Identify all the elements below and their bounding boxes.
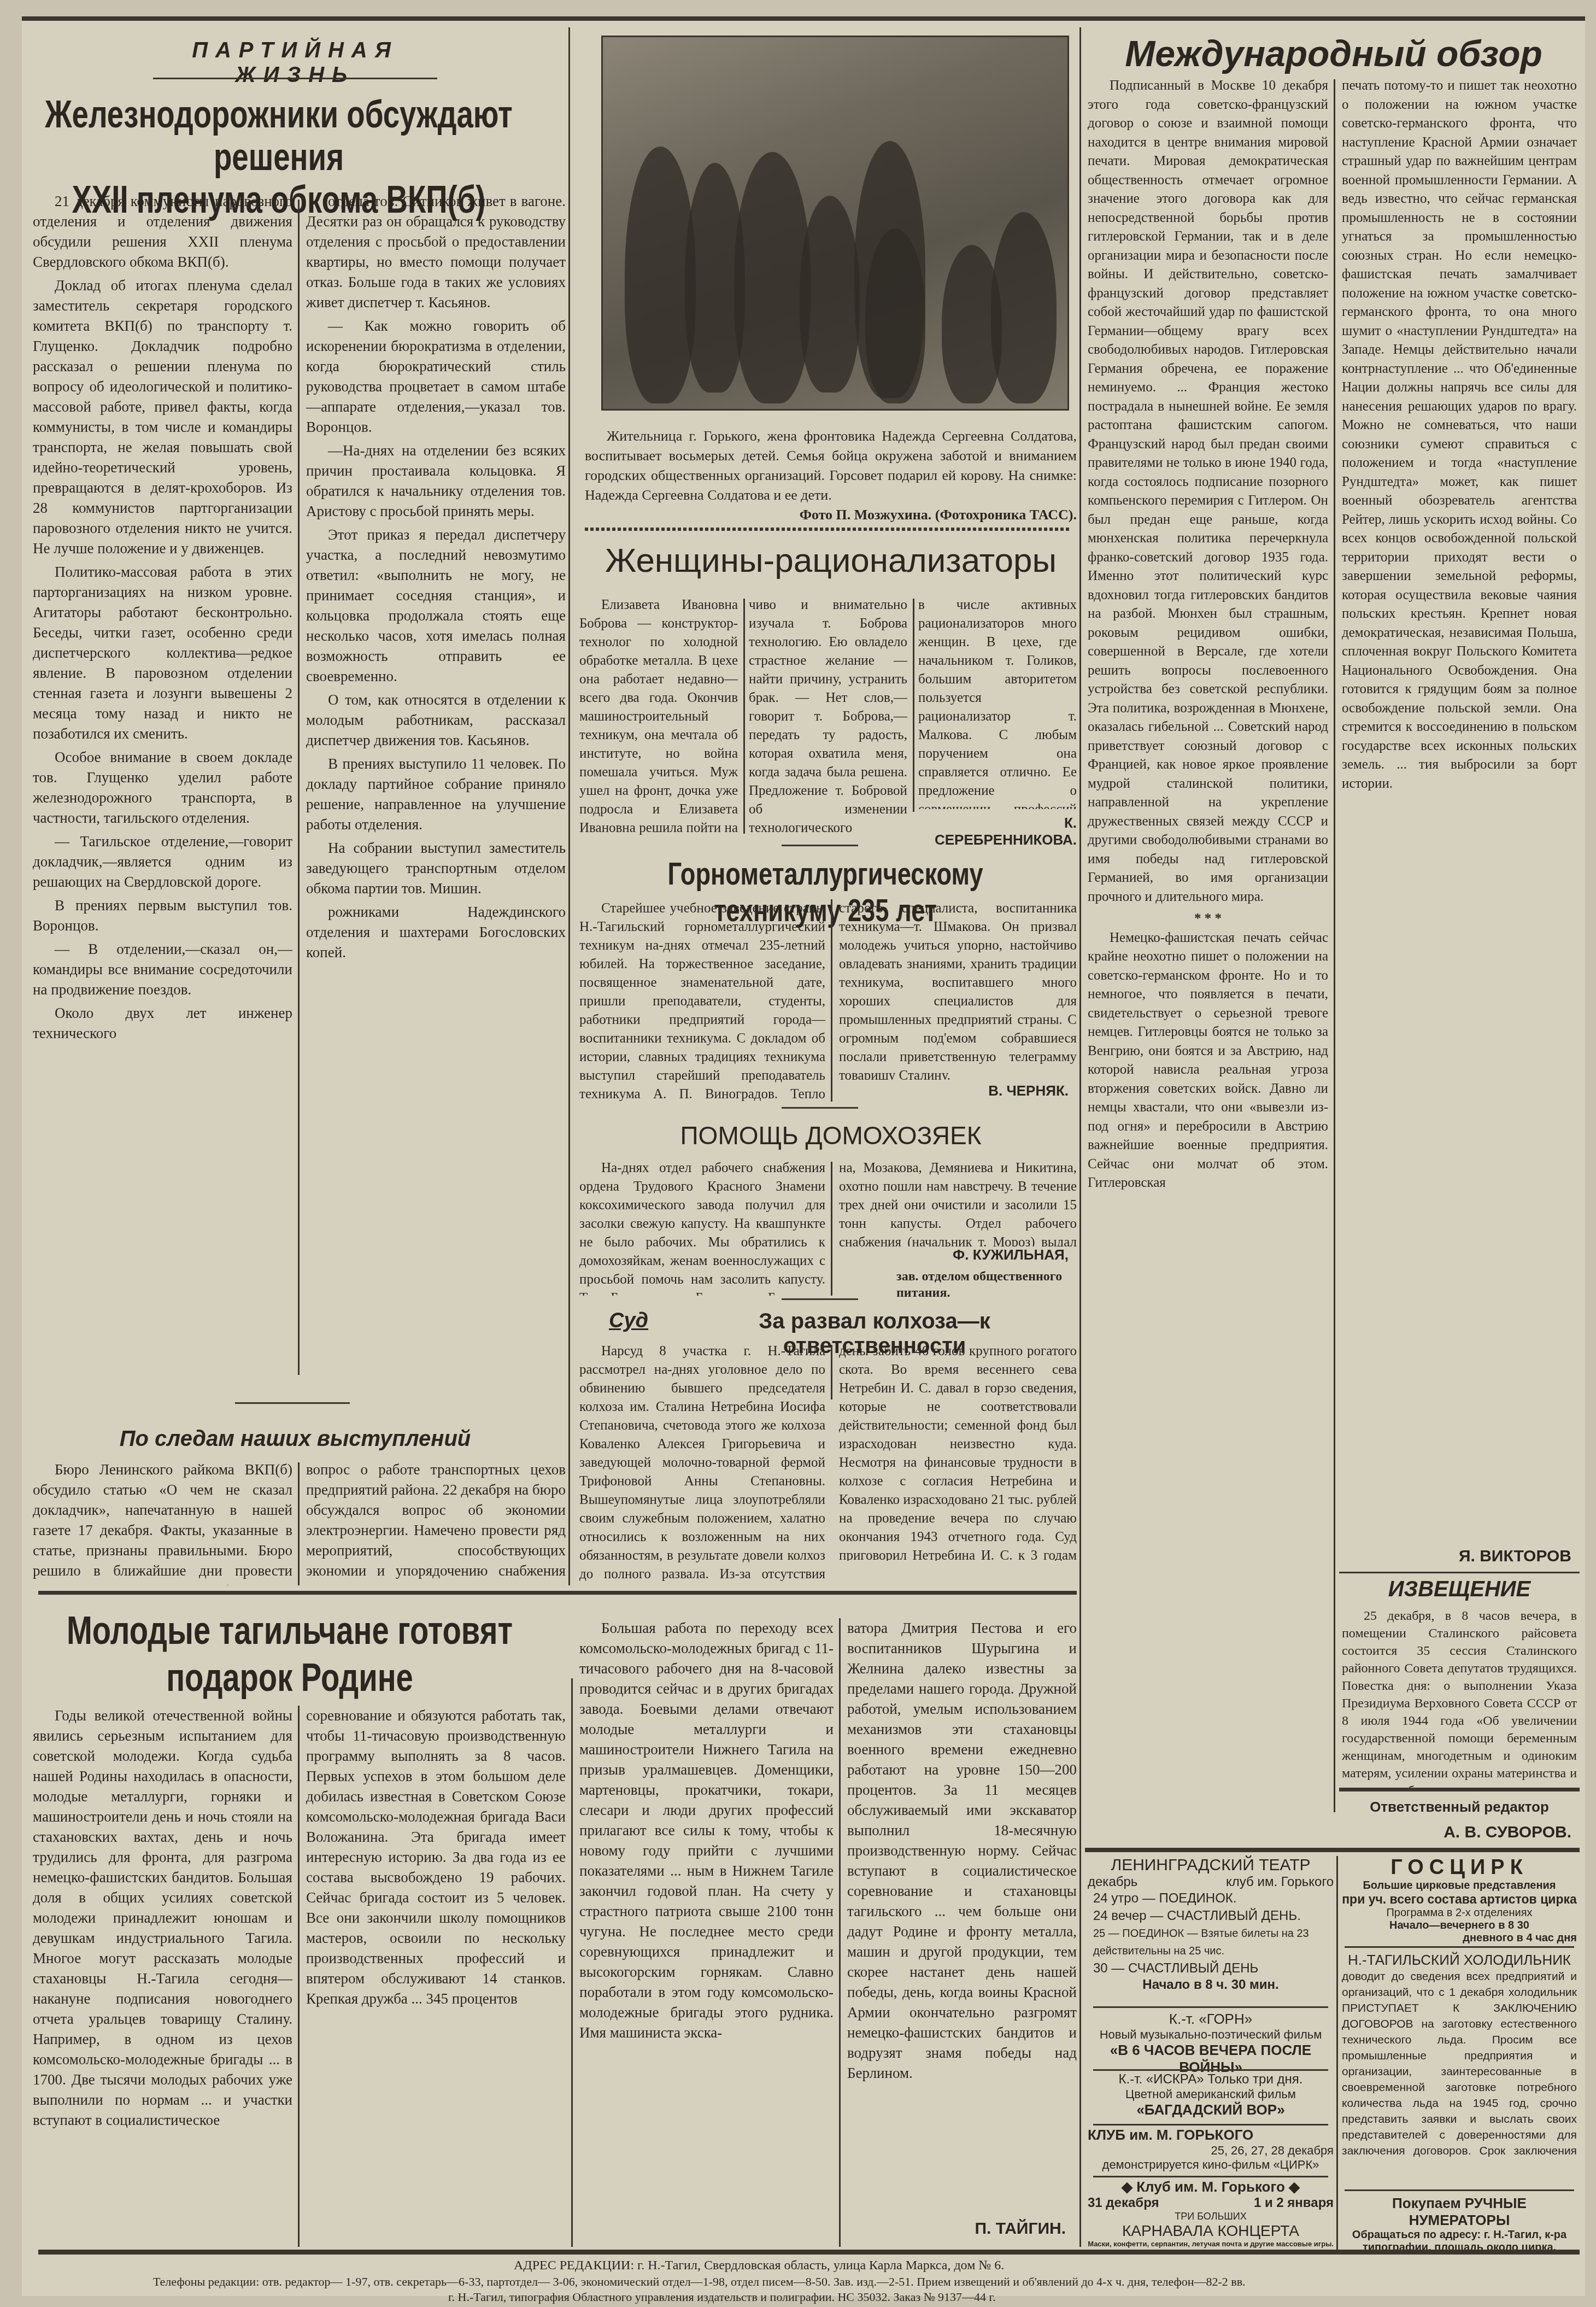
ads-divider [1085,1848,1580,1852]
newspaper-page: ПАРТИЙНАЯ ЖИЗНЬ Железнодорожники обсужда… [22,16,1585,2296]
rubric-underline [153,78,437,79]
column-divider [1079,27,1081,2247]
column-divider [743,599,745,834]
diamond-icon: ◆ [1122,2179,1136,2195]
court-column-1: Нарсуд 8 участка г. Н.-Тагила рассмотрел… [579,1342,825,1583]
intl-column-1: Подписанный в Москве 10 декабря этого го… [1088,77,1328,1662]
photo-caption: Жительница г. Горького, жена фронтовика … [585,426,1077,525]
column-divider [298,1706,300,2247]
editor-name: А. В. СУВОРОВ. [1342,1823,1571,1842]
followup-column-1: Бюро Ленинского райкома ВКП(б) обсудило … [33,1460,292,1585]
short-divider [782,1107,858,1109]
youth-headline: Молодые тагильчане готовят подарок Родин… [55,1607,524,1701]
women-column-1: Елизавета Ивановна Боброва — конструктор… [579,596,738,836]
section-divider [1339,1572,1580,1573]
women-column-3: в числе активных рационализаторов много … [918,596,1077,809]
column-divider [831,1162,832,1296]
notice-text: 25 декабря, в 8 часов вечера, в помещени… [1342,1607,1577,1788]
column-divider [568,27,570,1585]
family-photo [601,36,1069,411]
top-border [22,16,1585,21]
column-divider [298,200,300,1375]
ad-divider [1093,2176,1328,2177]
ad-gorn-cinema: К.-т. «ГОРН» Новый музыкально-поэтически… [1088,2011,1334,2076]
intl-headline: Международный обзор [1093,33,1574,74]
youth-column-4: ватора Дмитрия Пестова и его воспитанник… [847,1618,1077,2209]
notice-headline: ИЗВЕЩЕНИЕ [1342,1577,1577,1602]
technikum-column-1: Старейшее учебное заведение страны Н.-Та… [579,899,825,1102]
intl-column-2: печать потому-то и пишет так неохотно о … [1342,77,1577,1542]
footer-print: г. Н.-Тагил, типография Областного управ… [448,2288,1541,2306]
column-divider [839,1618,841,2247]
section-divider [38,1591,1077,1595]
court-label: Суд [601,1309,656,1333]
women-byline: К. СЕРЕБРЕННИКОВА. [918,815,1077,848]
column-divider [913,599,914,812]
technikum-column-2: старого специалиста, воспитанника техник… [839,899,1077,1080]
housewives-byline-role: зав. отделом общественного питания. [896,1268,1071,1301]
ad-divider [1345,1946,1574,1948]
followup-headline: По следам наших выступлений [77,1427,514,1451]
diamond-icon: ◆ [1285,2179,1300,2195]
column-divider [1334,79,1335,1812]
housewives-column-1: На-днях отдел рабочего снабжения ордена … [579,1159,825,1296]
column-divider [831,899,832,1102]
railway-column-1: 21 декабря коммунисты паровозного отделе… [33,191,292,1361]
youth-column-1: Годы великой отечественной войны явились… [33,1706,292,2247]
short-divider [782,845,858,846]
ad-divider [1345,2189,1574,2191]
railway-column-2: отдела тов. Ситников живет в вагоне. Дес… [306,191,566,1383]
ad-divider [1093,2006,1328,2008]
editor-label: Ответственный редактор [1342,1799,1577,1816]
ornament-divider [235,1402,350,1404]
column-divider [831,1345,832,1400]
column-divider [298,1462,300,1585]
youth-column-3: Большая работа по переходу всех комсомол… [579,1618,834,2247]
technikum-byline: В. ЧЕРНЯК. [839,1082,1069,1099]
column-divider [571,1678,573,2247]
women-column-2: чиво и внимательно изучала т. Боброва те… [749,596,907,836]
ad-divider [1093,2069,1328,2071]
ad-gorky-club-circus-film: КЛУБ им. М. ГОРЬКОГО 25, 26, 27, 28 дека… [1088,2127,1334,2172]
housewives-headline: ПОМОЩЬ ДОМОХОЗЯЕК [585,1121,1077,1150]
youth-column-2: соревнование и обязуются работать так, ч… [306,1706,566,2247]
photo-credit: Фото П. Мозжухина. (Фотохроника ТАСС). [585,505,1077,525]
section-divider [1339,1788,1580,1791]
ad-carnival: ◆ Клуб им. М. Горького ◆ 31 декабря 1 и … [1088,2179,1334,2250]
column-divider [1336,1856,1338,2250]
section-stars: * * * [1088,910,1328,929]
intl-byline: Я. ВИКТОРОВ [1342,1547,1571,1566]
ad-circus: ГОСЦИРК Большие цирковые представления п… [1342,1856,1577,1945]
court-column-2: дены забить 46 голов крупного рогатого с… [839,1342,1077,1561]
followup-column-2: вопрос о работе транспортных цехов предп… [306,1460,566,1585]
short-divider [782,1298,858,1300]
housewives-byline: Ф. КУЖИЛЬНАЯ, [839,1246,1069,1263]
footer-address: АДРЕС РЕДАКЦИИ: г. Н.-Тагил, Свердловска… [514,2257,1552,2274]
housewives-column-2: на, Мозакова, Демяниева и Никитина, охот… [839,1159,1077,1246]
youth-byline: П. ТАЙГИН. [847,2220,1066,2238]
wavy-divider [585,528,1071,531]
rubric-party-life: ПАРТИЙНАЯ ЖИЗНЬ [131,38,459,87]
ad-divider [1093,2124,1328,2126]
ad-numerators: Покупаем РУЧНЫЕ НУМЕРАТОРЫ Обращаться по… [1342,2195,1577,2254]
women-headline: Женщины-рационализаторы [585,541,1077,580]
ad-theatre: ЛЕНИНГРАДСКИЙ ТЕАТР декабрь клуб им. Гор… [1088,1856,1334,1993]
footer-divider [38,2250,1580,2255]
ad-refrigerator: Н.-ТАГИЛЬСКИЙ ХОЛОДИЛЬНИК доводит до све… [1342,1952,1577,2159]
ad-iskra-cinema: К.-т. «ИСКРА» Только три дня. Цветной ам… [1088,2072,1334,2118]
